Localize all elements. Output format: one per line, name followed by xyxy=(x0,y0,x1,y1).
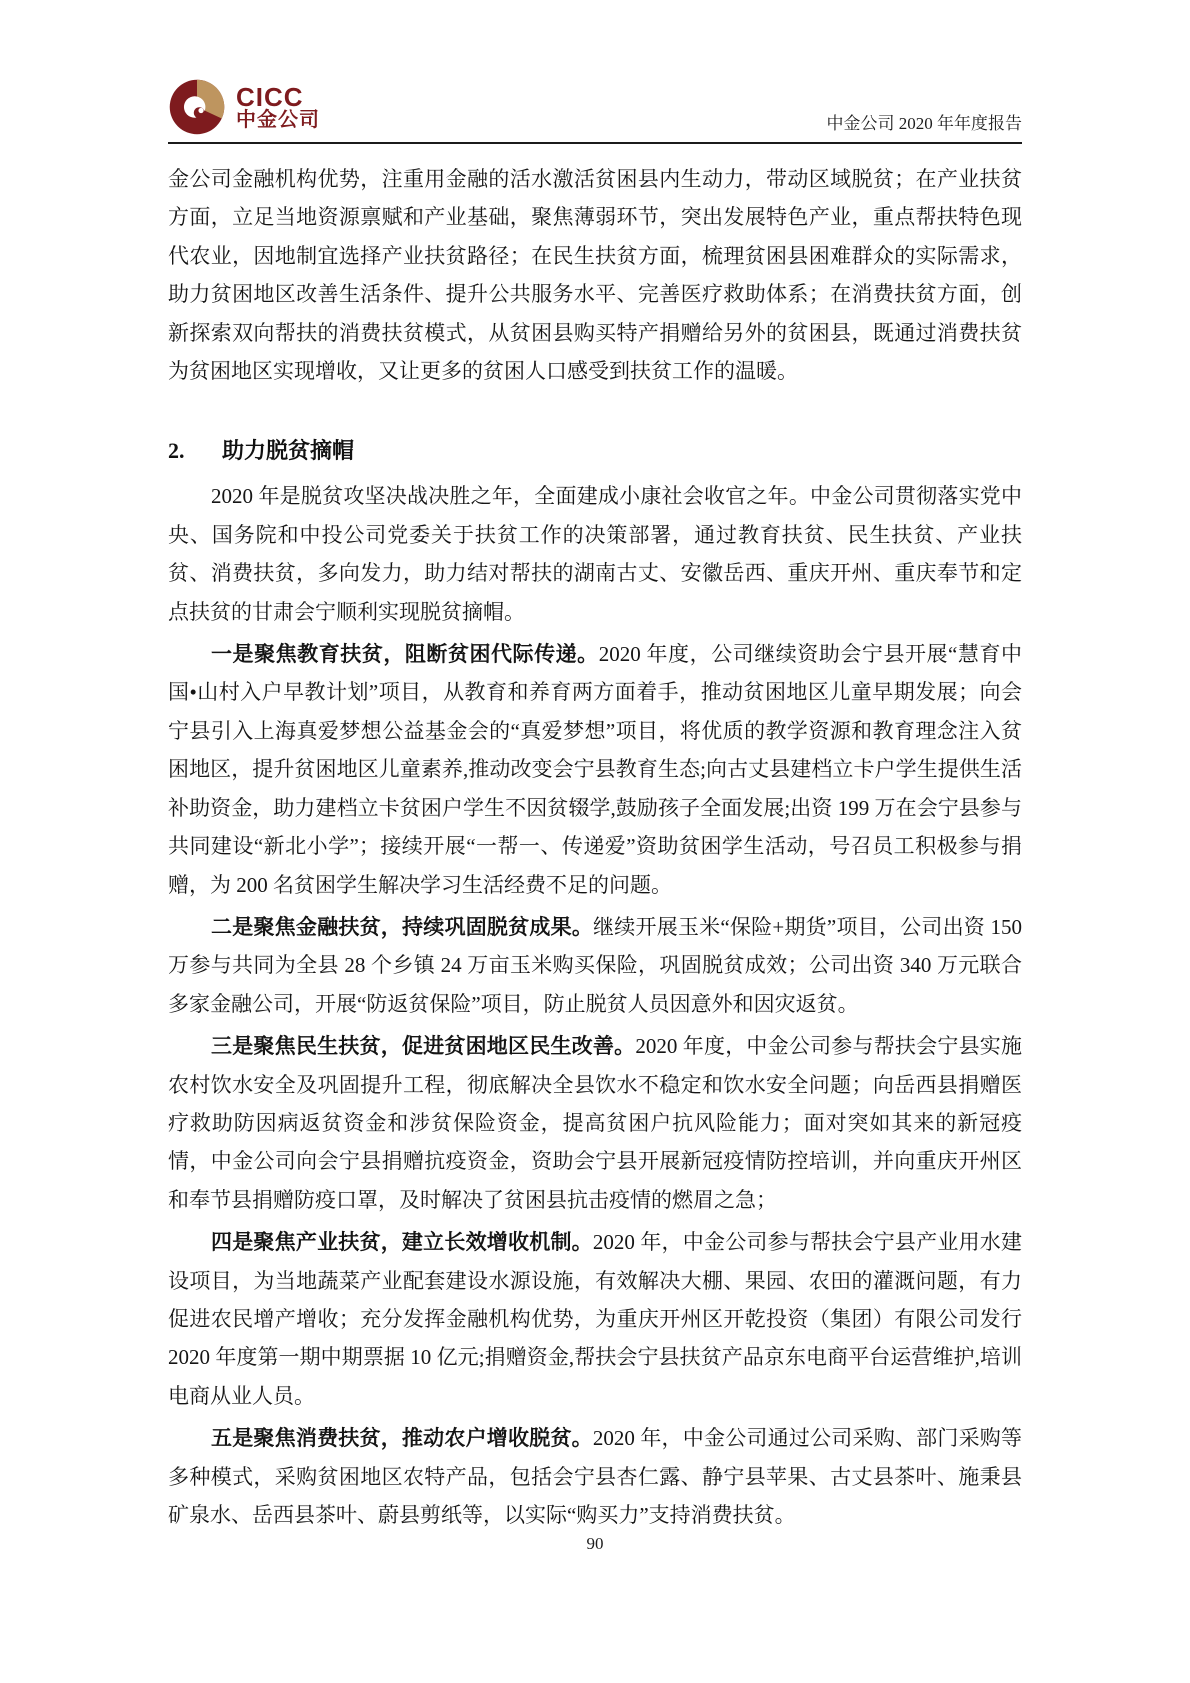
point-text-4: 2020 年，中金公司参与帮扶会宁县产业用水建设项目，为当地蔬菜产业配套建设水源… xyxy=(168,1230,1022,1408)
header-divider xyxy=(168,142,1022,144)
point-text-3: 2020 年度，中金公司参与帮扶会宁县实施农村饮水安全及巩固提升工程，彻底解决全… xyxy=(168,1034,1022,1212)
logo-cicc-label: CICC xyxy=(236,84,320,111)
point-lead-3: 三是聚焦民生扶贫，促进贫困地区民生改善。 xyxy=(211,1034,635,1058)
cicc-logo: CICC 中金公司 xyxy=(168,78,320,136)
point-paragraph-4: 四是聚焦产业扶贫，建立长效增收机制。2020 年，中金公司参与帮扶会宁县产业用水… xyxy=(168,1223,1022,1415)
point-lead-2: 二是聚焦金融扶贫，持续巩固脱贫成果。 xyxy=(211,915,593,939)
report-title: 中金公司 2020 年年度报告 xyxy=(827,109,1023,136)
section-heading: 2.助力脱贫摘帽 xyxy=(168,434,1022,465)
document-body: 金公司金融机构优势，注重用金融的活水激活贫困县内生动力，带动区域脱贫；在产业扶贫… xyxy=(168,150,1022,1538)
page-footer: 90 xyxy=(168,1534,1022,1554)
point-paragraph-2: 二是聚焦金融扶贫，持续巩固脱贫成果。继续开展玉米“保险+期货”项目，公司出资 1… xyxy=(168,908,1022,1023)
page-number: 90 xyxy=(587,1534,604,1553)
point-paragraph-1: 一是聚焦教育扶贫，阻断贫困代际传递。2020 年度，公司继续资助会宁县开展“慧育… xyxy=(168,635,1022,904)
point-paragraph-5: 五是聚焦消费扶贫，推动农户增收脱贫。2020 年，中金公司通过公司采购、部门采购… xyxy=(168,1419,1022,1534)
intro-paragraph: 金公司金融机构优势，注重用金融的活水激活贫困县内生动力，带动区域脱贫；在产业扶贫… xyxy=(168,160,1022,390)
point-lead-4: 四是聚焦产业扶贫，建立长效增收机制。 xyxy=(211,1230,593,1254)
cicc-logo-icon xyxy=(168,78,226,136)
section-number: 2. xyxy=(168,438,222,464)
page-header: CICC 中金公司 中金公司 2020 年年度报告 xyxy=(168,78,1022,144)
point-lead-1: 一是聚焦教育扶贫，阻断贫困代际传递。 xyxy=(211,642,599,666)
point-paragraph-3: 三是聚焦民生扶贫，促进贫困地区民生改善。2020 年度，中金公司参与帮扶会宁县实… xyxy=(168,1027,1022,1219)
point-lead-5: 五是聚焦消费扶贫，推动农户增收脱贫。 xyxy=(211,1426,593,1450)
section-title: 助力脱贫摘帽 xyxy=(222,438,354,463)
report-page: CICC 中金公司 中金公司 2020 年年度报告 金公司金融机构优势，注重用金… xyxy=(0,0,1190,1683)
logo-chinese-label: 中金公司 xyxy=(236,110,320,130)
overview-paragraph: 2020 年是脱贫攻坚决战决胜之年，全面建成小康社会收官之年。中金公司贯彻落实党… xyxy=(168,477,1022,631)
point-text-1: 2020 年度，公司继续资助会宁县开展“慧育中国•山村入户早教计划”项目，从教育… xyxy=(168,642,1022,896)
cicc-logo-text: CICC 中金公司 xyxy=(236,84,320,131)
